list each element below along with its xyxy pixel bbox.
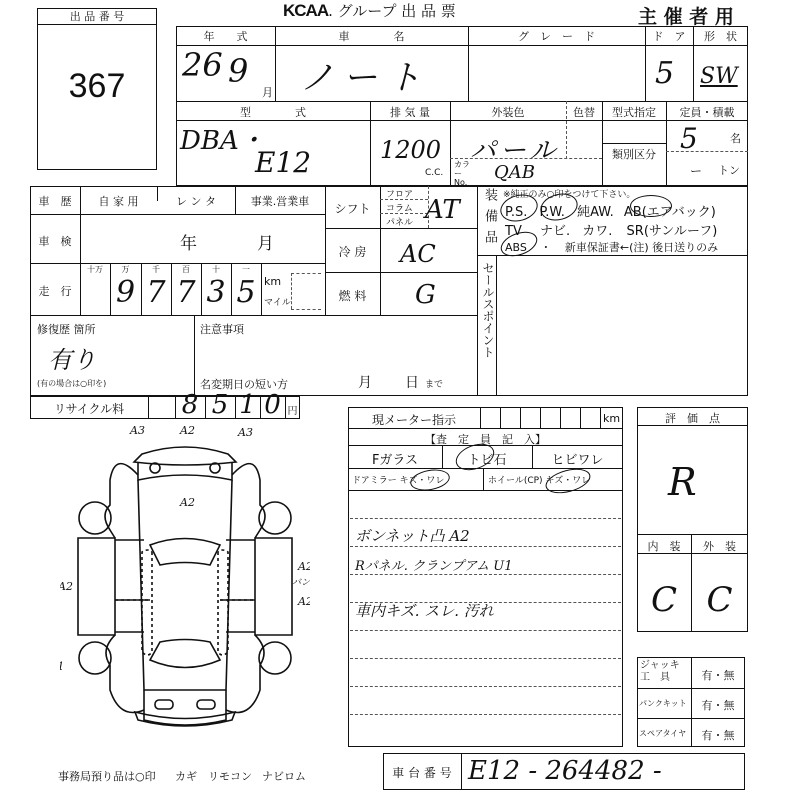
exterior-label: 外 装 xyxy=(691,538,748,554)
recycle-digit: 8 xyxy=(175,390,205,420)
office-note: 事務局預り品は○印 xyxy=(58,768,156,784)
equipment-row-2: TV ナビ. カワ. SR(サンルーフ) xyxy=(505,220,717,239)
digit-label-100: 百 xyxy=(171,264,201,275)
color-no-label: カラー No. xyxy=(454,160,476,187)
history-option-private[interactable]: 自 家 用 xyxy=(80,193,157,209)
grade-label: グ レ ー ド xyxy=(468,28,645,44)
mileage-unit-mile: マイル xyxy=(264,295,291,308)
history-option-rental[interactable]: レ ン タ xyxy=(157,193,235,209)
equip-aw[interactable]: 純AW. xyxy=(577,205,614,220)
car-name-value: ノート xyxy=(300,50,431,99)
caution-month-unit: 月 xyxy=(358,372,372,392)
model-label: 型 式 xyxy=(176,104,370,120)
car-damage-diagram[interactable]: A3 A2 A3 A2 A2 A2 A2 U1 A2 バンパ xyxy=(60,420,310,740)
damage-mark: A2 xyxy=(179,496,195,509)
sales-point-label: セールスポイント xyxy=(480,262,497,392)
equip-warranty[interactable]: 新車保証書←(注) 後日送りのみ xyxy=(565,241,718,254)
displacement-label: 排 気 量 xyxy=(370,104,450,120)
shift-option-column[interactable]: コラム xyxy=(386,201,413,214)
color-change-label: 色替 xyxy=(566,104,602,120)
tool-spare-tire-label: スペアタイヤ xyxy=(639,728,686,739)
load-unit: トン xyxy=(718,162,740,178)
caution-label: 注意事項 xyxy=(200,321,244,337)
recycle-label: リサイクル料 xyxy=(30,400,148,417)
wheel-label-text: ホイール(CP) xyxy=(488,476,543,486)
shape-label: 形 状 xyxy=(693,28,748,44)
lot-number-value: 367 xyxy=(38,67,156,106)
mileage-digit: 7 xyxy=(141,275,171,310)
recycle-digit: 5 xyxy=(205,390,235,420)
equip-sr[interactable]: SR(サンルーフ) xyxy=(627,224,718,239)
equip-separator: ・ xyxy=(540,241,551,254)
brand-logo: KCAA xyxy=(283,1,328,20)
meter-unit: km xyxy=(603,412,620,425)
mileage-unit-km: km xyxy=(264,275,281,288)
equipment-label: 装備品 xyxy=(480,188,499,254)
exterior-value: C xyxy=(691,580,748,620)
recycle-digit: 1 xyxy=(235,390,260,420)
fuel-value: G xyxy=(415,280,436,310)
shift-option-floor[interactable]: フロア xyxy=(386,187,413,200)
damage-mark: A2 xyxy=(60,580,73,593)
inspector-note: 車内キズ. スレ. 汚れ xyxy=(355,600,494,621)
mileage-digit: 9 xyxy=(110,275,141,310)
fuel-label: 燃 料 xyxy=(325,287,380,304)
doors-value: 5 xyxy=(655,56,674,91)
tool-jack-label: ジャッキ 工 具 xyxy=(640,660,690,684)
mileage-label: 走 行 xyxy=(30,283,80,299)
footer-item-key[interactable]: カギ xyxy=(175,768,197,784)
tool-jack-value[interactable]: 有・無 xyxy=(691,667,745,683)
digit-label-10k: 万 xyxy=(110,264,141,275)
inspection-label: 車 検 xyxy=(30,233,80,249)
mileage-digit: 7 xyxy=(171,275,201,310)
inspector-note: ボンネット凸 A2 xyxy=(355,525,470,546)
category-label: 類別区分 xyxy=(602,146,666,162)
circle-mark-ab xyxy=(630,195,672,217)
form-title: . グループ 出 品 票 xyxy=(328,2,456,20)
damage-side-note: バンパ xyxy=(292,578,310,588)
tool-spare-tire-value[interactable]: 有・無 xyxy=(691,727,745,743)
shift-label: シフト xyxy=(325,200,380,217)
digit-label-1k: 千 xyxy=(141,264,171,275)
year-value: 26 xyxy=(182,46,223,84)
month-value: 9 xyxy=(228,52,248,90)
damage-mark: A3 xyxy=(237,426,253,439)
capacity-value: 5 xyxy=(680,122,698,155)
damage-mark: U1 xyxy=(60,660,64,673)
digit-label-1: 一 xyxy=(231,264,261,275)
color-no-value: QAB xyxy=(494,162,535,183)
mileage-digit: 3 xyxy=(201,275,231,310)
header-title: KCAA. グループ 出 品 票 xyxy=(283,0,543,22)
shift-value: AT xyxy=(425,195,460,225)
model-value-2: E12 xyxy=(255,146,311,179)
displacement-unit: C.C. xyxy=(425,168,443,178)
displacement-value: 1200 xyxy=(380,136,441,164)
damage-mark: A2 xyxy=(179,424,195,437)
interior-value: C xyxy=(637,580,691,620)
damage-mark: A3 xyxy=(129,424,145,437)
repair-label: 修復歴 箇所 xyxy=(37,321,96,337)
type-designation-label: 型式指定 xyxy=(602,104,666,120)
equip-navi[interactable]: ナビ. xyxy=(540,224,570,239)
glass-label: Fガラス xyxy=(348,449,442,468)
capacity-label: 定員・積載 xyxy=(666,104,748,120)
caution-day-unit: 日 xyxy=(405,372,419,392)
mileage-digit: 5 xyxy=(231,275,261,310)
grade-label: 評 価 点 xyxy=(637,410,748,426)
car-name-label: 車 名 xyxy=(275,28,468,44)
footer-item-remote[interactable]: リモコン xyxy=(208,768,252,784)
mirror-label-text: ドアミラー xyxy=(352,476,397,486)
history-option-commercial[interactable]: 事業.営業車 xyxy=(235,193,325,209)
meter-label: 現メーター指示 xyxy=(348,411,480,428)
lot-number-box: 出 品 番 号 367 xyxy=(37,8,157,170)
doors-label: ド ア xyxy=(645,28,693,44)
digit-label-100k: 十万 xyxy=(80,264,110,275)
damage-mark: A2 xyxy=(297,595,310,608)
exterior-color-label: 外装色 xyxy=(450,104,566,120)
model-value-1: DBA・ xyxy=(180,120,265,157)
grade-value: R xyxy=(668,460,697,504)
tool-puncture-kit-label: パンクキット xyxy=(639,698,687,709)
recycle-unit: 円 xyxy=(285,402,300,417)
repair-value: 有り xyxy=(48,340,96,375)
chassis-value: E12 - 264482 - xyxy=(468,756,662,786)
inspection-year-unit: 年 xyxy=(180,229,197,254)
glass-option-crack[interactable]: ヒビワレ xyxy=(532,449,623,468)
repair-note: (有の場合は○印を) xyxy=(37,378,106,389)
inspector-note: Rパネル. クランプアム U1 xyxy=(355,555,513,574)
chassis-label: 車 台 番 号 xyxy=(383,764,461,781)
history-label: 車 歴 xyxy=(30,193,80,209)
digit-label-10: 十 xyxy=(201,264,231,275)
mileage-digits: 十万 万 千 百 十 一 9 7 7 3 5 xyxy=(80,263,261,315)
damage-mark: A2 xyxy=(297,560,310,573)
capacity-unit: 名 xyxy=(730,130,741,146)
aircon-value: AC xyxy=(400,240,436,268)
footer-item-navrom[interactable]: ナビロム xyxy=(262,768,306,784)
aircon-label: 冷 房 xyxy=(325,243,380,260)
inspection-month-unit: 月 xyxy=(257,229,274,254)
interior-label: 内 装 xyxy=(637,538,691,554)
recycle-digit: 0 xyxy=(260,390,285,420)
lot-number-label: 出 品 番 号 xyxy=(38,9,156,25)
caution-until: まで xyxy=(425,377,443,390)
year-label: 年 式 xyxy=(176,28,275,44)
month-unit: 月 xyxy=(262,84,273,100)
tool-puncture-kit-value[interactable]: 有・無 xyxy=(691,697,745,713)
shape-value: SW xyxy=(700,64,738,89)
equip-leather[interactable]: カワ. xyxy=(582,224,612,239)
shift-option-panel[interactable]: パネル xyxy=(386,215,413,228)
load-value: ー xyxy=(690,162,702,179)
organizer-use-label: 主 催 者 用 xyxy=(638,2,734,29)
